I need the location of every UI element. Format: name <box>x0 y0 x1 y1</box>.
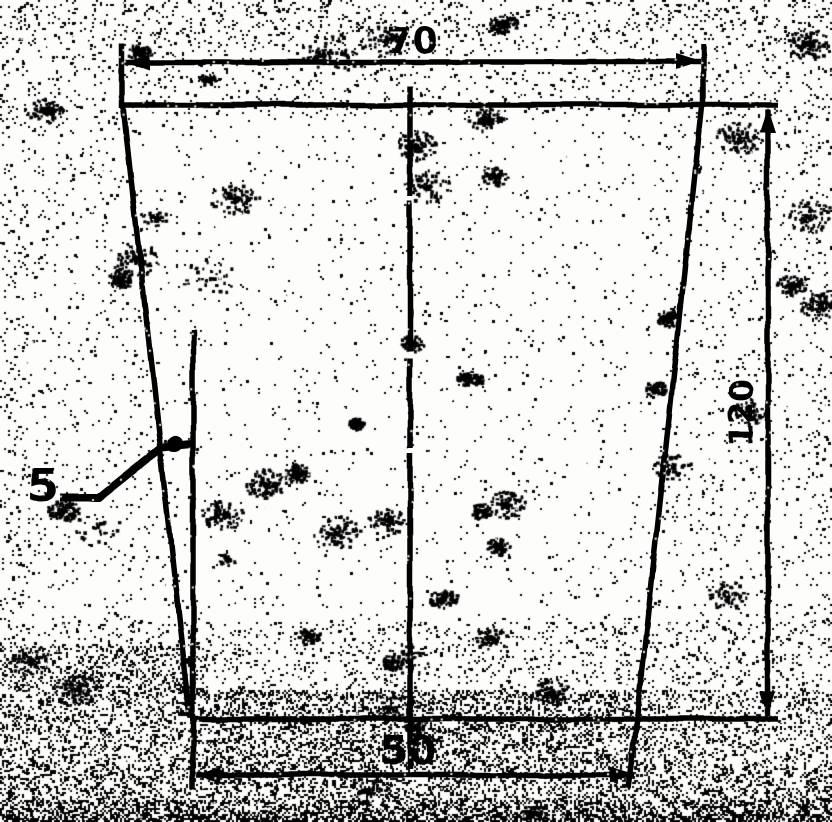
right-side-extension-line <box>628 718 637 789</box>
scanned-technical-drawing: 70 120 50 5 <box>0 0 832 822</box>
arrowhead-top-dim-left <box>125 54 150 70</box>
dim-label-bottom-width: 50 <box>380 728 436 774</box>
right-side-line <box>637 107 702 719</box>
dim-label-height: 120 <box>722 380 760 447</box>
arrowhead-right-dim-top <box>760 108 776 133</box>
leader-label-thickness: 5 <box>27 459 59 513</box>
dim-label-top-width: 70 <box>387 21 437 62</box>
drawing-svg: 70 120 50 5 <box>0 0 832 822</box>
arrowhead-top-dim-right <box>675 54 700 70</box>
arrowhead-right-dim-bottom <box>760 692 776 717</box>
scan-noise-layer <box>0 0 832 822</box>
leader-dot <box>167 436 183 452</box>
arrowhead-bottom-dim-right <box>610 767 635 783</box>
arrowhead-bottom-dim-left <box>196 767 221 783</box>
leader-line <box>60 444 191 498</box>
left-side-line <box>123 106 190 718</box>
